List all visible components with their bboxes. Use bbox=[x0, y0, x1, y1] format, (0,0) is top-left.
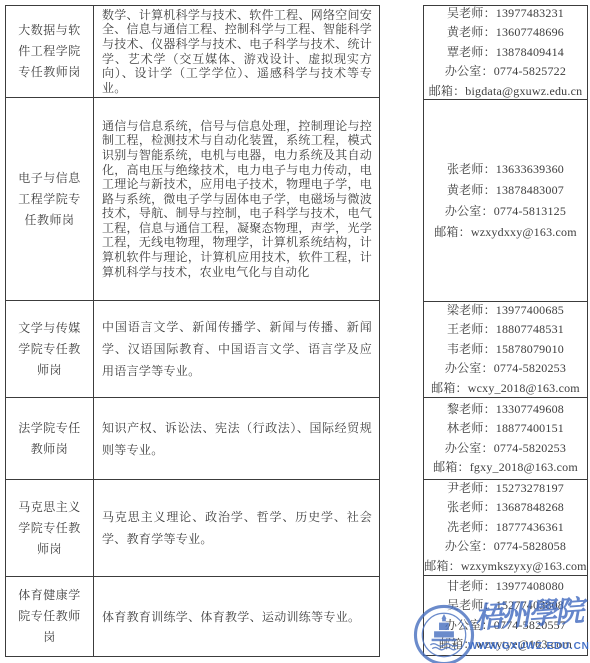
table-row: 电子与信息工程学院专任教师岗 通信与信息系统，信号与信息处理，控制理论与控制工程… bbox=[6, 98, 379, 301]
position-cell: 马克思主义学院专任教师岗 bbox=[6, 480, 94, 576]
contact-line: 王老师：18807748531 bbox=[447, 320, 564, 340]
contact-line: 甘老师：13977408080 bbox=[447, 577, 564, 597]
contact-cell: 吴老师：13977483231 黄老师：13607748696 覃老师：1387… bbox=[423, 5, 588, 100]
contact-line: 办公室：0774-5820253 bbox=[445, 439, 566, 459]
contact-line: 邮箱：wzxymkszyxy@163.com bbox=[424, 557, 586, 577]
contact-line: 尹老师：15273278197 bbox=[447, 479, 564, 499]
contact-line: 张老师：13687848268 bbox=[447, 498, 564, 518]
majors-text: 体育教育训练学、体育教学、运动训练等专业。 bbox=[102, 606, 372, 628]
contact-line: 办公室：0774-5813125 bbox=[445, 201, 566, 222]
contact-cell: 张老师：13633639360 黄老师：13878483007 办公室：0774… bbox=[423, 99, 588, 302]
contact-cell: 黎老师：13307749608 林老师：18877400151 办公室：0774… bbox=[423, 397, 588, 480]
contact-line: 韦老师：15878079010 bbox=[447, 340, 564, 360]
table-row: 大数据与软件工程学院专任教师岗 数学、计算机科学与技术、软件工程、网络空间安全、… bbox=[6, 6, 379, 98]
position-cell: 体育健康学院专任教师岗 bbox=[6, 577, 94, 656]
contact-cell: 甘老师：13977408080 吴老师：15277403808 办公室：0774… bbox=[423, 575, 588, 656]
position-cell: 文学与传媒学院专任教师岗 bbox=[6, 301, 94, 397]
contact-line: 黄老师：13878483007 bbox=[447, 180, 564, 201]
contact-line: 邮箱：wzxydxxy@163.com bbox=[434, 222, 577, 243]
page: 大数据与软件工程学院专任教师岗 数学、计算机科学与技术、软件工程、网络空间安全、… bbox=[0, 0, 590, 663]
majors-text: 数学、计算机科学与技术、软件工程、网络空间安全、信息与通信工程、控制科学与工程、… bbox=[102, 8, 372, 96]
recruitment-table: 大数据与软件工程学院专任教师岗 数学、计算机科学与技术、软件工程、网络空间安全、… bbox=[5, 5, 380, 657]
contact-line: 邮箱：wzxytye@163.com bbox=[439, 635, 572, 655]
majors-text: 马克思主义理论、政治学、哲学、历史学、社会学、教育学等专业。 bbox=[102, 506, 372, 550]
majors-cell: 马克思主义理论、政治学、哲学、历史学、社会学、教育学等专业。 bbox=[94, 480, 379, 576]
majors-cell: 中国语言文学、新闻传播学、新闻与传播、新闻学、汉语国际教育、中国语言文学、语言学… bbox=[94, 301, 379, 397]
contact-line: 邮箱：wcxy_2018@163.com bbox=[431, 379, 580, 399]
majors-cell: 通信与信息系统，信号与信息处理，控制理论与控制工程，检测技术与自动化装置，系统工… bbox=[94, 98, 379, 300]
majors-cell: 知识产权、诉讼法、宪法（行政法）、国际经贸规则等专业。 bbox=[94, 398, 379, 479]
contact-line: 办公室：0774-5820557 bbox=[445, 616, 566, 636]
contact-line: 林老师：18877400151 bbox=[447, 419, 564, 439]
contact-line: 张老师：13633639360 bbox=[447, 159, 564, 180]
contact-line: 黎老师：13307749608 bbox=[447, 400, 564, 420]
position-cell: 大数据与软件工程学院专任教师岗 bbox=[6, 6, 94, 97]
contact-line: 冼老师：18777436361 bbox=[447, 518, 564, 538]
contact-line: 办公室：0774-5828058 bbox=[445, 537, 566, 557]
table-row: 体育健康学院专任教师岗 体育教育训练学、体育教学、运动训练等专业。 bbox=[6, 577, 379, 656]
majors-text: 中国语言文学、新闻传播学、新闻与传播、新闻学、汉语国际教育、中国语言文学、语言学… bbox=[102, 316, 372, 382]
contact-cell: 尹老师：15273278197 张老师：13687848268 冼老师：1877… bbox=[423, 479, 588, 576]
contact-line: 吴老师：15277403808 bbox=[447, 596, 564, 616]
majors-cell: 体育教育训练学、体育教学、运动训练等专业。 bbox=[94, 577, 379, 656]
contact-line: 吴老师：13977483231 bbox=[447, 4, 564, 24]
contact-line: 邮箱：bigdata@gxuwz.edu.cn bbox=[429, 82, 583, 102]
contact-line: 覃老师：13878409414 bbox=[447, 43, 564, 63]
table-row: 文学与传媒学院专任教师岗 中国语言文学、新闻传播学、新闻与传播、新闻学、汉语国际… bbox=[6, 301, 379, 398]
table-row: 法学院专任教师岗 知识产权、诉讼法、宪法（行政法）、国际经贸规则等专业。 bbox=[6, 398, 379, 480]
majors-cell: 数学、计算机科学与技术、软件工程、网络空间安全、信息与通信工程、控制科学与工程、… bbox=[94, 6, 379, 97]
contact-line: 梁老师：13977400685 bbox=[447, 301, 564, 321]
contact-line: 黄老师：13607748696 bbox=[447, 23, 564, 43]
table-row: 马克思主义学院专任教师岗 马克思主义理论、政治学、哲学、历史学、社会学、教育学等… bbox=[6, 480, 379, 577]
contact-line: 办公室：0774-5825722 bbox=[445, 62, 566, 82]
position-cell: 电子与信息工程学院专任教师岗 bbox=[6, 98, 94, 300]
majors-text: 知识产权、诉讼法、宪法（行政法）、国际经贸规则等专业。 bbox=[102, 417, 372, 461]
contact-column: 吴老师：13977483231 黄老师：13607748696 覃老师：1387… bbox=[423, 5, 588, 656]
contact-line: 办公室：0774-5820253 bbox=[445, 359, 566, 379]
position-cell: 法学院专任教师岗 bbox=[6, 398, 94, 479]
majors-text: 通信与信息系统，信号与信息处理，控制理论与控制工程，检测技术与自动化装置，系统工… bbox=[102, 119, 372, 280]
contact-cell: 梁老师：13977400685 王老师：18807748531 韦老师：1587… bbox=[423, 301, 588, 398]
contact-line: 邮箱：fgxy_2018@163.com bbox=[433, 458, 578, 478]
